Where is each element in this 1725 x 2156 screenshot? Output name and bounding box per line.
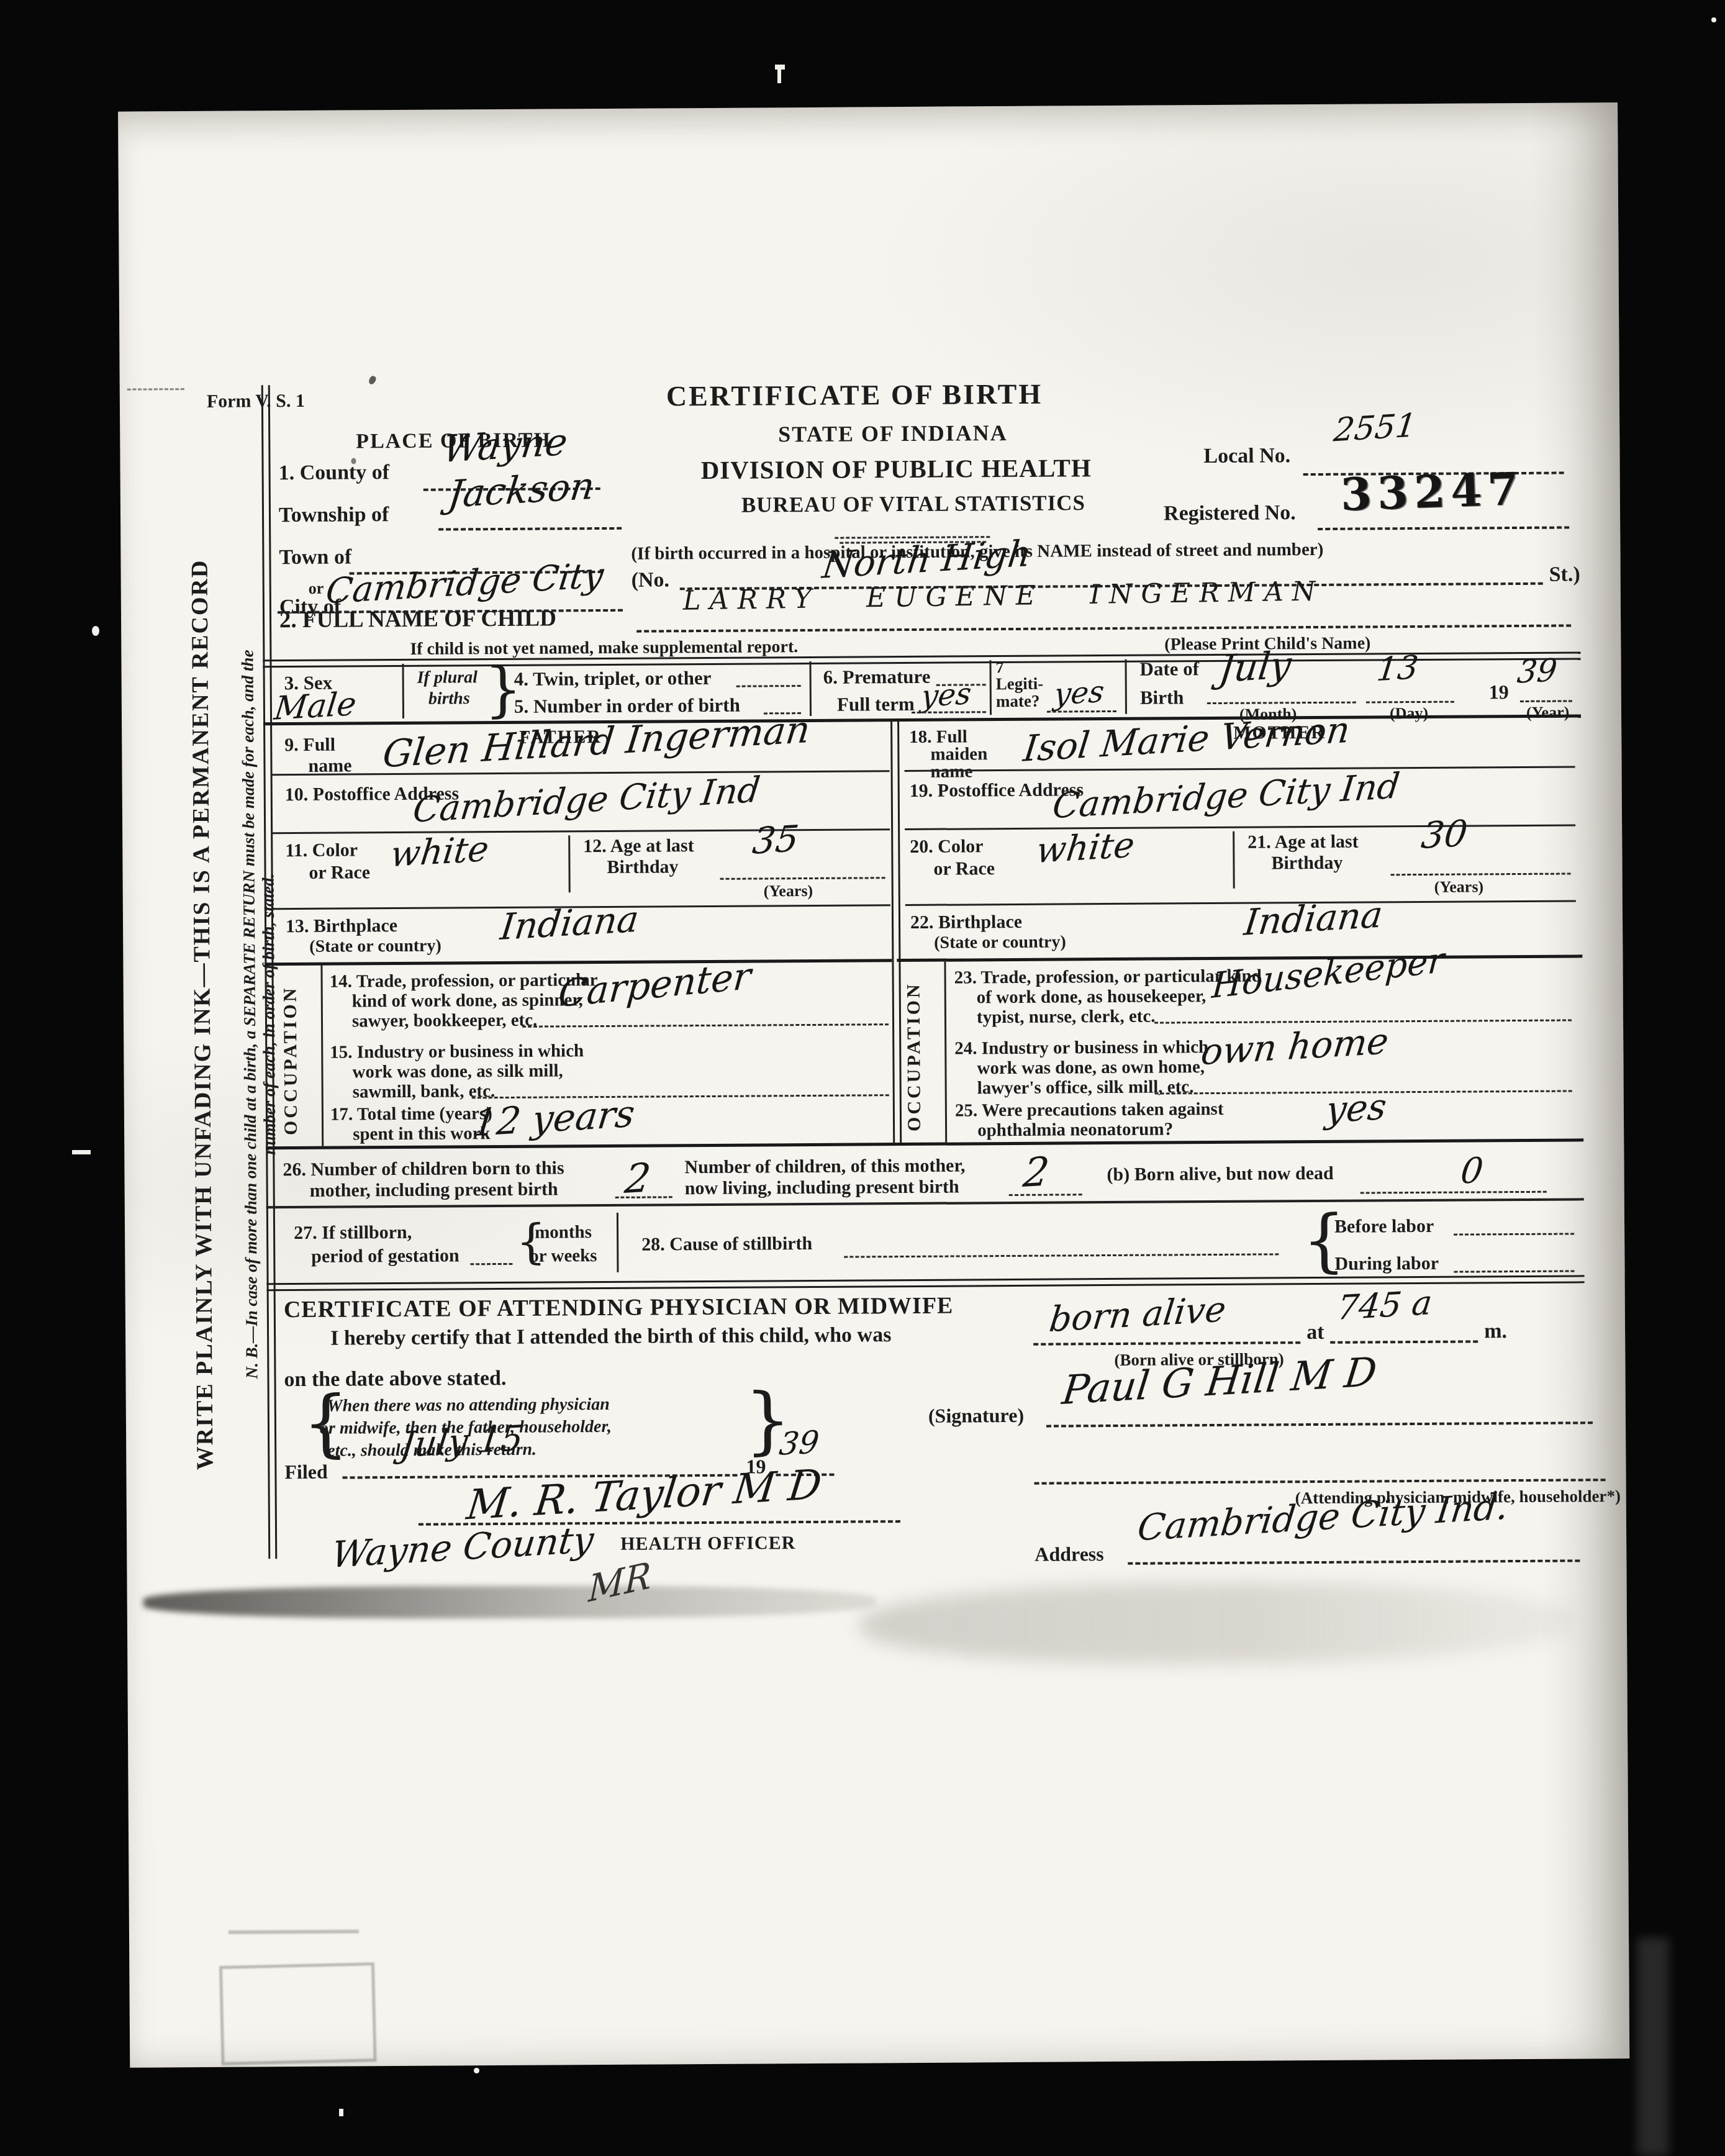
legitimate-label-2: mate? bbox=[996, 692, 1040, 710]
stillborn-label-1: 27. If stillborn, bbox=[294, 1223, 412, 1243]
mother-age-line bbox=[1391, 872, 1571, 876]
health-officer-label: HEALTH OFFICER bbox=[620, 1533, 795, 1554]
father-color-label-2: or Race bbox=[309, 863, 370, 882]
date-of-label: Date of bbox=[1139, 659, 1199, 679]
mother-occupation-border bbox=[944, 960, 947, 1143]
film-speck bbox=[92, 626, 99, 636]
father-age-divider bbox=[568, 835, 571, 892]
mother-color-line bbox=[905, 900, 1576, 906]
father-age-value: 35 bbox=[751, 820, 801, 859]
attending-address-value: Cambridge City Ind. bbox=[1136, 1488, 1510, 1546]
street-suffix: St.) bbox=[1549, 563, 1580, 586]
full-term-label: Full term bbox=[837, 694, 915, 715]
father-occupation-border bbox=[320, 964, 324, 1146]
date-divider bbox=[1125, 659, 1127, 714]
father-birthplace-rule bbox=[265, 959, 892, 966]
mother-precautions-value: yes bbox=[1324, 1089, 1389, 1128]
father-birthplace-value: Indiana bbox=[499, 901, 641, 945]
legitimate-value: yes bbox=[1053, 677, 1106, 710]
film-speck bbox=[474, 2068, 479, 2073]
day-caption: (Day) bbox=[1390, 705, 1428, 722]
mother-color-label-2: or Race bbox=[933, 859, 995, 879]
mother-name-label-3: name bbox=[930, 762, 972, 781]
month-line bbox=[1207, 702, 1356, 704]
children-dead-line bbox=[1361, 1191, 1547, 1194]
film-scratch bbox=[777, 70, 781, 83]
twin-label: 4. Twin, triplet, or other bbox=[514, 668, 712, 689]
legitimate-num: 7 bbox=[995, 659, 1003, 676]
months-label: months bbox=[535, 1223, 592, 1242]
mother-color-label-1: 20. Color bbox=[910, 836, 984, 856]
children-living-label-2: now living, including present birth bbox=[685, 1177, 959, 1198]
mother-age-value: 30 bbox=[1419, 815, 1470, 854]
certify-text: I hereby certify that I attended the bir… bbox=[330, 1324, 891, 1349]
township-label: Township of bbox=[279, 504, 389, 527]
city-value: Cambridge City bbox=[324, 558, 605, 610]
father-name-value: Glen Hillard Ingerman bbox=[381, 711, 812, 774]
children-born-label-2: mother, including present birth bbox=[310, 1179, 558, 1200]
street-value: North High bbox=[820, 535, 1033, 584]
local-no-value: 2551 bbox=[1332, 409, 1418, 446]
children-born-value: 2 bbox=[623, 1158, 653, 1200]
filed-value: July 15 bbox=[399, 1421, 525, 1463]
father-time-label-1: 17. Total time (years) bbox=[330, 1104, 492, 1124]
year-line bbox=[1520, 700, 1572, 702]
mother-industry-label-3: lawyer's office, silk mill, etc. bbox=[977, 1077, 1194, 1098]
born-alive-value: born alive bbox=[1048, 1292, 1228, 1338]
scanned-microfilm-frame: { "margin": { "line1": "WRITE PLAINLY WI… bbox=[0, 0, 1725, 2156]
during-labor-label: During labor bbox=[1334, 1254, 1439, 1274]
children-living-label-1: Number of children, of this mother, bbox=[684, 1156, 965, 1177]
scan-artifact-box bbox=[219, 1962, 377, 2065]
children-dead-label: (b) Born alive, but now dead bbox=[1107, 1164, 1333, 1185]
section-rule-2 bbox=[263, 714, 1581, 725]
weeks-label: or weeks bbox=[530, 1246, 597, 1266]
registered-no-label: Registered No. bbox=[1164, 502, 1296, 525]
ink-speck bbox=[368, 375, 377, 386]
legitimate-label-1: Legiti- bbox=[996, 675, 1044, 693]
signature-value: Paul G Hill M D bbox=[1060, 1352, 1379, 1411]
no-physician-line-1: When there was no attending physician bbox=[327, 1395, 610, 1415]
mother-age-label-2: Birthday bbox=[1271, 853, 1342, 873]
mother-birthplace-rule bbox=[897, 954, 1582, 962]
stillborn-label-2: period of gestation bbox=[311, 1246, 460, 1266]
father-time-label-2: spent in this work bbox=[353, 1124, 491, 1144]
father-age-label-1: 12. Age at last bbox=[583, 836, 694, 856]
gestation-line bbox=[470, 1263, 512, 1265]
full-term-value: yes bbox=[920, 679, 973, 712]
signature-line bbox=[1046, 1421, 1593, 1427]
father-industry-label-2: work was done, as silk mill, bbox=[352, 1061, 563, 1082]
mother-trade-label-2: of work done, as housekeeper, bbox=[977, 987, 1207, 1007]
film-speck bbox=[72, 1150, 91, 1154]
birth-day-value: 13 bbox=[1375, 651, 1420, 686]
birth-time-value: 745 a bbox=[1336, 1286, 1434, 1325]
street-no-label: (No. bbox=[632, 569, 670, 591]
legitimate-divider bbox=[989, 660, 992, 715]
father-trade-label-1: 14. Trade, profession, or particular bbox=[330, 971, 598, 991]
father-name-line bbox=[271, 770, 890, 776]
mother-industry-label-2: work was done, as own home, bbox=[977, 1058, 1205, 1078]
health-officer-scribble: MR bbox=[588, 1557, 651, 1608]
full-name-value: LARRY EUGENE INGERMAN bbox=[683, 578, 1324, 614]
center-divider bbox=[890, 720, 902, 1143]
birth-year-value: 39 bbox=[1516, 654, 1559, 688]
father-trade-line bbox=[522, 1023, 889, 1028]
address-line bbox=[1128, 1559, 1580, 1564]
film-scratch bbox=[775, 65, 785, 70]
county-label: 1. County of bbox=[278, 461, 389, 484]
mother-industry-value: own home bbox=[1199, 1023, 1390, 1070]
mother-industry-label-1: 24. Industry or business in which bbox=[954, 1038, 1208, 1058]
scan-dotted-mark bbox=[127, 388, 184, 391]
cause-line bbox=[844, 1253, 1279, 1257]
health-officer-signature: M. R. Taylor M D bbox=[464, 1464, 823, 1526]
mother-trade-label-3: typist, nurse, clerk, etc. bbox=[977, 1007, 1156, 1027]
film-speck bbox=[1711, 17, 1716, 22]
film-speck bbox=[339, 2109, 343, 2116]
signature-label: (Signature) bbox=[928, 1405, 1024, 1427]
year-prefix: 19 bbox=[1489, 682, 1509, 703]
during-labor-line bbox=[1454, 1270, 1574, 1272]
scan-smudge-light bbox=[860, 1580, 1575, 1665]
mother-birthplace-sub: (State or country) bbox=[934, 933, 1066, 952]
father-address-value: Cambridge City Ind bbox=[411, 773, 762, 828]
father-birthplace-label: 13. Birthplace bbox=[286, 916, 397, 936]
birth-label: Birth bbox=[1140, 687, 1184, 708]
mother-years-caption: (Years) bbox=[1434, 878, 1484, 895]
mother-trade-value: Housekeeper bbox=[1211, 943, 1446, 1004]
state-heading: STATE OF INDIANA bbox=[778, 422, 1008, 446]
plural-label-2: births bbox=[428, 689, 470, 708]
sex-divider bbox=[402, 664, 404, 718]
father-trade-label-2: kind of work done, as spinner, bbox=[352, 990, 583, 1011]
bureau-heading: BUREAU OF VITAL STATISTICS bbox=[741, 492, 1085, 517]
registered-no-line bbox=[1318, 526, 1569, 530]
city-prefix: or bbox=[309, 580, 324, 597]
county-value: Wayne bbox=[441, 423, 569, 468]
premature-label: 6. Premature bbox=[823, 667, 931, 688]
plural-label-1: If plural bbox=[417, 668, 478, 687]
father-age-line bbox=[720, 877, 885, 880]
attending-line bbox=[1035, 1479, 1606, 1485]
certificate-title: CERTIFICATE OF BIRTH bbox=[666, 379, 1043, 412]
full-name-label: 2. FULL NAME OF CHILD bbox=[279, 607, 556, 633]
father-color-value: white bbox=[389, 832, 491, 873]
local-no-label: Local No. bbox=[1203, 445, 1290, 468]
scan-smudge-dark bbox=[143, 1585, 876, 1619]
county-signature: Wayne County bbox=[330, 1521, 595, 1573]
mother-occupation-side: OCCUPATION bbox=[903, 976, 926, 1131]
mother-address-value: Cambridge City Ind bbox=[1051, 769, 1401, 824]
twin-line bbox=[736, 685, 801, 687]
legitimate-line bbox=[1047, 710, 1116, 713]
before-labor-label: Before labor bbox=[1334, 1216, 1434, 1236]
year-caption: (Year) bbox=[1526, 704, 1569, 721]
father-color-label-1: 11. Color bbox=[285, 840, 358, 860]
children-born-label-1: 26. Number of children born to this bbox=[283, 1158, 564, 1179]
form-number: Form V. S. 1 bbox=[207, 391, 305, 411]
father-time-value: 12 years bbox=[471, 1095, 637, 1143]
father-trade-label-3: sawyer, bookkeeper, etc. bbox=[352, 1011, 537, 1031]
mother-age-divider bbox=[1233, 831, 1235, 889]
filed-year-value: 39 bbox=[777, 1426, 820, 1460]
father-occupation-side: OCCUPATION bbox=[280, 980, 302, 1135]
before-labor-line bbox=[1454, 1233, 1574, 1235]
cause-label: 28. Cause of stillbirth bbox=[641, 1234, 812, 1254]
father-trade-value: Carpenter bbox=[557, 958, 753, 1013]
margin-instruction-main: WRITE PLAINLY WITH UNFADING INK—THIS IS … bbox=[188, 493, 219, 1536]
mother-birthplace-label: 22. Birthplace bbox=[910, 912, 1022, 933]
at-label: at bbox=[1306, 1321, 1324, 1344]
address-label: Address bbox=[1035, 1544, 1104, 1565]
certificate-page: WRITE PLAINLY WITH UNFADING INK—THIS IS … bbox=[118, 102, 1629, 2068]
mother-address-line bbox=[905, 824, 1575, 830]
scan-artifact-line bbox=[229, 1929, 359, 1934]
registration-stamp-number: 33247 bbox=[1339, 462, 1524, 521]
mother-color-value: white bbox=[1035, 828, 1136, 869]
supplemental-note: If child is not yet named, make suppleme… bbox=[410, 638, 798, 658]
father-years-caption: (Years) bbox=[764, 882, 813, 900]
mother-precautions-label-2: ophthalmia neonatorum? bbox=[977, 1120, 1173, 1139]
physician-header: CERTIFICATE OF ATTENDING PHYSICIAN OR MI… bbox=[284, 1294, 954, 1323]
m-label: m. bbox=[1484, 1320, 1507, 1343]
stillbirth-divider bbox=[617, 1213, 619, 1272]
mother-birthplace-value: Indiana bbox=[1243, 896, 1385, 940]
full-term-line bbox=[912, 711, 986, 713]
birth-time-line bbox=[1330, 1340, 1478, 1343]
father-birthplace-sub: (State or country) bbox=[309, 937, 441, 956]
mother-age-label-1: 21. Age at last bbox=[1247, 832, 1359, 853]
mother-precautions-label-1: 25. Were precautions taken against bbox=[955, 1100, 1224, 1120]
division-heading: DIVISION OF PUBLIC HEALTH bbox=[700, 455, 1091, 484]
day-line bbox=[1366, 701, 1454, 704]
film-streak bbox=[1637, 1937, 1669, 2156]
mother-name-line bbox=[905, 766, 1575, 772]
children-living-value: 2 bbox=[1021, 1152, 1051, 1193]
birth-month-value: July bbox=[1217, 646, 1293, 688]
town-label: Town of bbox=[279, 546, 351, 568]
margin-instruction-text: WRITE PLAINLY WITH UNFADING INK—THIS IS … bbox=[186, 559, 218, 1470]
father-name-label-1: 9. Full bbox=[284, 735, 335, 755]
father-industry-label-1: 15. Industry or business in which bbox=[330, 1041, 584, 1062]
full-name-line bbox=[636, 624, 1571, 632]
born-alive-line bbox=[1033, 1341, 1300, 1346]
father-age-label-2: Birthday bbox=[607, 857, 678, 877]
sex-value: Male bbox=[273, 688, 358, 725]
filed-label: Filed bbox=[284, 1462, 328, 1483]
township-value: Jackson bbox=[446, 468, 596, 514]
children-dead-value: 0 bbox=[1459, 1153, 1485, 1190]
township-line bbox=[438, 527, 622, 531]
